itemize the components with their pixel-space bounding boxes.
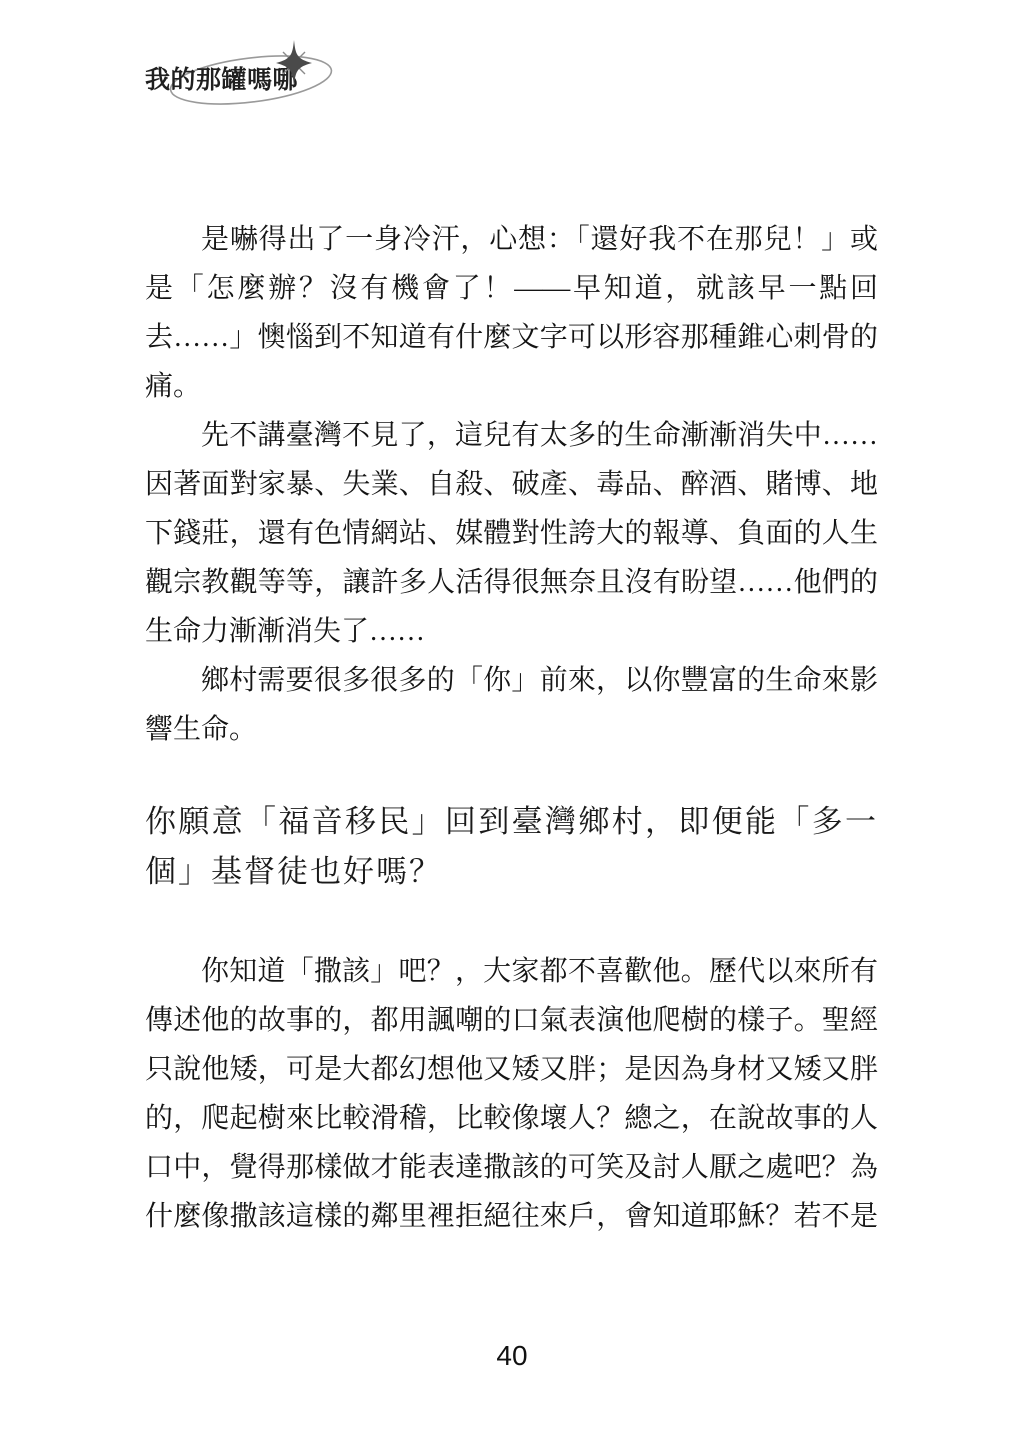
text-line: 生命力漸漸消失了……	[145, 607, 878, 656]
text-line: 痛。	[145, 362, 878, 411]
text-line: 是「怎麼辦？沒有機會了！——早知道，就該早一點回	[145, 264, 878, 313]
text-line: 響生命。	[145, 705, 878, 754]
text-line: 去……」懊惱到不知道有什麼文字可以形容那種錐心刺骨的	[145, 313, 878, 362]
text-line: 下錢莊，還有色情網站、媒體對性誇大的報導、負面的人生	[145, 509, 878, 558]
book-logo: 我的那罐嗎哪	[120, 30, 350, 115]
section-heading: 你願意「福音移民」回到臺灣鄉村，即便能「多一個」基督徒也好嗎？	[145, 797, 878, 897]
book-page: 我的那罐嗎哪 是嚇得出了一身冷汗，心想：「還好我不在那兒！」或是「怎麼辦？沒有機…	[0, 0, 1024, 1453]
text-line: 什麼像撒該這樣的鄰里裡拒絕往來戶，會知道耶穌？若不是	[145, 1192, 878, 1241]
logo-title-text: 我的那罐嗎哪	[145, 65, 299, 94]
body-paragraph: 你知道「撒該」吧？，大家都不喜歡他。歷代以來所有傳述他的故事的，都用諷嘲的口氣表…	[145, 947, 878, 1241]
logo-graphic: 我的那罐嗎哪	[120, 30, 350, 115]
page-content: 是嚇得出了一身冷汗，心想：「還好我不在那兒！」或是「怎麼辦？沒有機會了！——早知…	[145, 215, 878, 1241]
text-line: 是嚇得出了一身冷汗，心想：「還好我不在那兒！」或	[145, 215, 878, 264]
text-line: 因著面對家暴、失業、自殺、破產、毒品、醉酒、賭博、地	[145, 460, 878, 509]
text-line: 的，爬起樹來比較滑稽，比較像壞人？總之，在說故事的人	[145, 1094, 878, 1143]
heading-line: 個」基督徒也好嗎？	[145, 847, 878, 897]
text-line: 你知道「撒該」吧？，大家都不喜歡他。歷代以來所有	[145, 947, 878, 996]
heading-line: 你願意「福音移民」回到臺灣鄉村，即便能「多一	[145, 797, 878, 847]
text-line: 口中，覺得那樣做才能表達撒該的可笑及討人厭之處吧？為	[145, 1143, 878, 1192]
body-paragraph: 先不講臺灣不見了，這兒有太多的生命漸漸消失中……因著面對家暴、失業、自殺、破產、…	[145, 411, 878, 656]
page-number: 40	[0, 1340, 1024, 1372]
body-paragraph: 是嚇得出了一身冷汗，心想：「還好我不在那兒！」或是「怎麼辦？沒有機會了！——早知…	[145, 215, 878, 411]
text-line: 觀宗教觀等等，讓許多人活得很無奈且沒有盼望……他們的	[145, 558, 878, 607]
body-paragraph: 鄉村需要很多很多的「你」前來，以你豐富的生命來影響生命。	[145, 656, 878, 754]
text-line: 鄉村需要很多很多的「你」前來，以你豐富的生命來影	[145, 656, 878, 705]
text-line: 先不講臺灣不見了，這兒有太多的生命漸漸消失中……	[145, 411, 878, 460]
text-line: 只說他矮，可是大都幻想他又矮又胖；是因為身材又矮又胖	[145, 1045, 878, 1094]
text-line: 傳述他的故事的，都用諷嘲的口氣表演他爬樹的樣子。聖經	[145, 996, 878, 1045]
